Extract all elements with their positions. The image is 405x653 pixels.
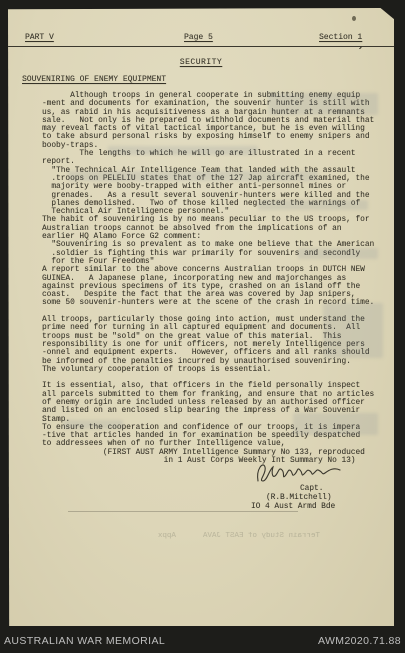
- document-subtitle: SOUVENIRING OF ENEMY EQUIPMENT: [22, 75, 166, 84]
- handwritten-signature: [248, 458, 348, 488]
- document-body-text: Although troops in general cooperate in …: [42, 92, 374, 465]
- archive-name-label: AUSTRALIAN WAR MEMORIAL: [4, 635, 165, 647]
- header-section-label: Section 1: [319, 33, 362, 42]
- signature-name: (R.B.Mitchell): [266, 494, 332, 502]
- header-part-label: PART V: [25, 33, 54, 42]
- signature-underline: [68, 511, 298, 512]
- catalog-number-label: AWM2020.71.88: [318, 635, 401, 647]
- bleedthrough-mirrored-text: Terrain Study of EAST JAVA Appx: [158, 532, 320, 540]
- scanned-document-page: PART V Page 5 Section 1 , SECURITY SOUVE…: [8, 8, 394, 626]
- signature-rank: Capt.: [300, 485, 323, 493]
- pencil-dot-mark: [352, 16, 356, 21]
- page-header: PART V Page 5 Section 1: [8, 32, 394, 47]
- signature-unit: IO 4 Aust Armd Bde: [251, 503, 335, 511]
- document-title: SECURITY: [8, 58, 394, 67]
- header-page-label: Page 5: [184, 33, 213, 42]
- archive-footer-bar: AUSTRALIAN WAR MEMORIAL AWM2020.71.88: [0, 628, 405, 653]
